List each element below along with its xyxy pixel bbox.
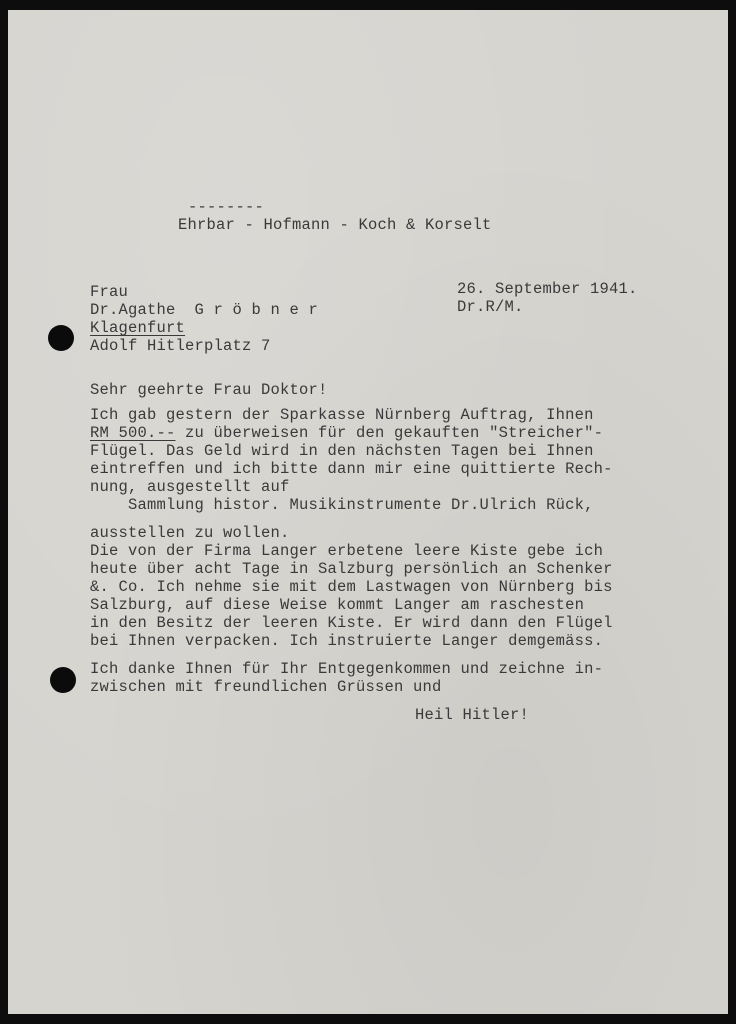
- recipient-title: Frau: [90, 283, 128, 301]
- text-line: &. Co. Ich nehme sie mit dem Lastwagen v…: [90, 578, 613, 596]
- recipient-street: Adolf Hitlerplatz 7: [90, 337, 271, 355]
- text-line: zwischen mit freundlichen Grüssen und: [90, 678, 442, 696]
- text-line: RM 500.-- zu überweisen für den gekaufte…: [90, 424, 603, 442]
- punch-hole-lower: [50, 667, 76, 693]
- text-line: Ich gab gestern der Sparkasse Nürnberg A…: [90, 406, 594, 424]
- punch-hole-upper: [48, 325, 74, 351]
- text-line: heute über acht Tage in Salzburg persönl…: [90, 560, 613, 578]
- text-line: ausstellen zu wollen.: [90, 524, 290, 542]
- payment-amount: RM 500.--: [90, 424, 176, 442]
- text-line: Sammlung histor. Musikinstrumente Dr.Ulr…: [90, 496, 594, 514]
- letterhead: Ehrbar - Hofmann - Koch & Korselt: [178, 216, 492, 234]
- closing: Heil Hitler!: [415, 706, 529, 724]
- text-line: Salzburg, auf diese Weise kommt Langer a…: [90, 596, 584, 614]
- text-line: bei Ihnen verpacken. Ich instruierte Lan…: [90, 632, 603, 650]
- recipient-name: Dr.Agathe G r ö b n e r: [90, 301, 318, 319]
- top-rule: --------: [188, 198, 264, 216]
- reference-code: Dr.R/M.: [457, 298, 524, 316]
- text-line: nung, ausgestellt auf: [90, 478, 290, 496]
- text-line: Ich danke Ihnen für Ihr Entgegenkommen u…: [90, 660, 603, 678]
- letter-date: 26. September 1941.: [457, 280, 638, 298]
- text-line: eintreffen und ich bitte dann mir eine q…: [90, 460, 613, 478]
- greeting: Sehr geehrte Frau Doktor!: [90, 381, 328, 399]
- text-line: Flügel. Das Geld wird in den nächsten Ta…: [90, 442, 594, 460]
- text-line: in den Besitz der leeren Kiste. Er wird …: [90, 614, 613, 632]
- text-line: Die von der Firma Langer erbetene leere …: [90, 542, 603, 560]
- recipient-city: Klagenfurt: [90, 319, 185, 337]
